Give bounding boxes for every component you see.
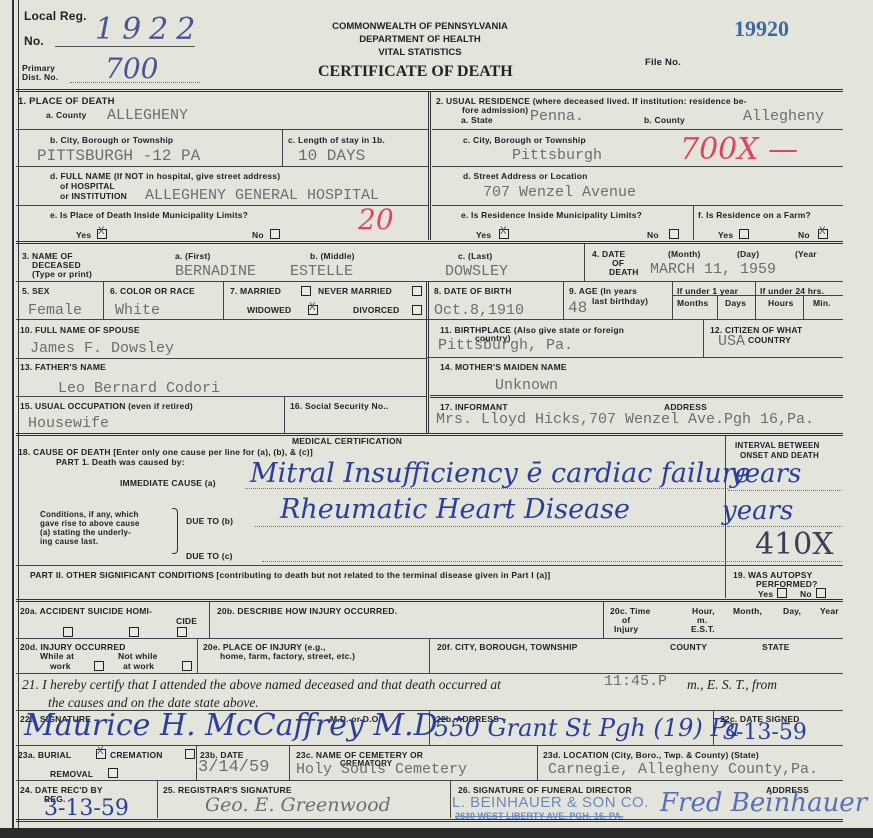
row-divider bbox=[432, 166, 843, 167]
row-divider bbox=[432, 129, 843, 130]
medical-cert-title: MEDICAL CERTIFICATION bbox=[292, 436, 402, 446]
col-divider bbox=[426, 319, 429, 434]
dod-year-label: (Year bbox=[795, 249, 817, 259]
manner-label-2: CIDE bbox=[176, 616, 197, 626]
file-no-label: File No. bbox=[645, 58, 681, 68]
married-checkbox[interactable] bbox=[301, 286, 311, 296]
last-name-label: c. (Last) bbox=[458, 251, 492, 261]
part2-label: PART II. OTHER SIGNIFICANT CONDITIONS [c… bbox=[30, 570, 550, 580]
dod-day-label: (Day) bbox=[737, 249, 759, 259]
col-divider bbox=[209, 601, 210, 639]
row-divider bbox=[432, 205, 843, 206]
bottom-divider bbox=[16, 819, 843, 822]
pod-city-label: b. City, Borough or Township bbox=[50, 135, 173, 145]
physician-signature: Maurice H. McCaffrey M.D bbox=[24, 708, 438, 743]
age-value: 48 bbox=[568, 300, 587, 316]
injury-city-label: 20f. CITY, BOROUGH, TOWNSHIP bbox=[437, 642, 578, 652]
sex-value: Female bbox=[28, 303, 82, 319]
months-label: Months bbox=[677, 298, 708, 308]
pod-city-value: PITTSBURGH -12 PA bbox=[37, 148, 200, 164]
day-label: Day, bbox=[783, 606, 801, 616]
mother-label: 14. MOTHER'S MAIDEN NAME bbox=[440, 362, 567, 372]
hospital-label-1: d. FULL NAME (If NOT in hospital, give s… bbox=[50, 171, 280, 181]
dod-label-3: DEATH bbox=[609, 267, 639, 277]
interval-red-code: 410X bbox=[755, 527, 834, 562]
col-divider bbox=[282, 129, 283, 166]
spouse-value: James F. Dowsley bbox=[30, 341, 174, 357]
hours-label: Hours bbox=[768, 298, 794, 308]
res-state-label: a. State bbox=[461, 115, 493, 125]
res-no-label: No bbox=[647, 230, 659, 240]
age-label-1: 9. AGE (In years bbox=[569, 286, 637, 296]
primary-dist-label-2: Dist. No. bbox=[22, 72, 58, 82]
death-time-value: 11:45.P bbox=[604, 674, 667, 690]
sex-label: 5. SEX bbox=[22, 286, 50, 296]
col-divider bbox=[197, 638, 198, 673]
res-street-value: 707 Wenzel Avenue bbox=[483, 185, 636, 201]
middle-name-value: ESTELLE bbox=[290, 264, 353, 280]
col-divider bbox=[429, 638, 430, 673]
row-divider bbox=[426, 357, 843, 358]
divorced-checkbox[interactable] bbox=[412, 305, 422, 315]
mother-value: Unknown bbox=[495, 378, 558, 394]
injury-county-label: COUNTY bbox=[670, 642, 707, 652]
local-reg-label: Local Reg. bbox=[24, 10, 87, 23]
immediate-cause-label: IMMEDIATE CAUSE (a) bbox=[120, 478, 216, 488]
registrar-signature: Geo. E. Greenwood bbox=[205, 794, 391, 816]
dob-label: 8. DATE OF BIRTH bbox=[434, 286, 512, 296]
never-married-checkbox[interactable] bbox=[412, 286, 422, 296]
pod-county-value: ALLEGHENY bbox=[107, 108, 188, 124]
res-red-code: 700X — bbox=[680, 132, 798, 167]
while-at-label-2: work bbox=[50, 661, 71, 671]
primary-dist-value: 700 bbox=[105, 52, 158, 85]
cemetery-value: Holy Souls Cemetery bbox=[296, 762, 467, 778]
row-divider bbox=[16, 319, 843, 320]
farm-no-label: No bbox=[798, 230, 810, 240]
row-divider bbox=[16, 780, 843, 781]
res-inside-no-checkbox[interactable] bbox=[669, 229, 679, 239]
informant-value: Mrs. Lloyd Hicks,707 Wenzel Ave.Pgh 16,P… bbox=[436, 412, 814, 428]
occupation-label: 15. USUAL OCCUPATION (even if retired) bbox=[20, 401, 193, 411]
manner-label: 20a. ACCIDENT SUICIDE HOMI- bbox=[20, 606, 152, 616]
autopsy-no-label: No bbox=[800, 589, 812, 599]
agency-line-1: COMMONWEALTH OF PENNSYLVANIA bbox=[300, 21, 540, 32]
describe-injury-label: 20b. DESCRIBE HOW INJURY OCCURRED. bbox=[217, 606, 397, 616]
suicide-checkbox[interactable] bbox=[129, 627, 139, 637]
accident-checkbox[interactable] bbox=[63, 627, 73, 637]
last-name-value: DOWSLEY bbox=[445, 264, 508, 280]
local-reg-value: 1922 bbox=[95, 12, 203, 47]
middle-name-label: b. (Middle) bbox=[310, 251, 355, 261]
due-to-b-line bbox=[255, 526, 730, 527]
res-yes-label: Yes bbox=[476, 230, 491, 240]
spouse-label: 10. FULL NAME OF SPOUSE bbox=[20, 325, 140, 335]
min-label: Min. bbox=[813, 298, 831, 308]
cremation-checkbox[interactable] bbox=[185, 749, 195, 759]
not-while-label-1: Not while bbox=[118, 651, 158, 661]
col-divider bbox=[450, 780, 451, 818]
citizen-value: USA bbox=[718, 334, 745, 350]
col-divider bbox=[693, 205, 694, 240]
removal-label: REMOVAL bbox=[50, 769, 93, 779]
col-divider bbox=[713, 710, 714, 745]
section-divider-4 bbox=[16, 599, 843, 602]
location-value: Carnegie, Allegheny County,Pa. bbox=[548, 762, 818, 778]
agency-line-2: DEPARTMENT OF HEALTH bbox=[300, 34, 540, 45]
col-divider bbox=[537, 745, 538, 780]
pod-inside-no-checkbox[interactable] bbox=[270, 229, 280, 239]
col-divider bbox=[429, 710, 430, 745]
col-divider bbox=[157, 780, 158, 818]
file-no-value: 19920 bbox=[734, 16, 789, 42]
married-label: 7. MARRIED bbox=[230, 286, 281, 296]
col-divider bbox=[223, 281, 224, 319]
row-divider bbox=[16, 129, 428, 130]
funeral-stamp-name: L. BEINHAUER & SON CO. bbox=[452, 794, 649, 811]
birthplace-label-1: 11. BIRTHPLACE (Also give state or forei… bbox=[440, 325, 624, 335]
conditions-brace bbox=[172, 508, 178, 554]
occupation-value: Housewife bbox=[28, 416, 109, 432]
dob-value: Oct.8,1910 bbox=[434, 303, 524, 319]
pod-yes-label: Yes bbox=[76, 230, 91, 240]
autopsy-yes-label: Yes bbox=[758, 589, 773, 599]
age-label-2: last birthday) bbox=[592, 296, 648, 306]
left-border bbox=[12, 0, 19, 828]
immediate-cause-value: Mitral Insufficiency ē cardiac failure bbox=[250, 458, 751, 489]
autopsy-no-checkbox[interactable] bbox=[816, 588, 826, 598]
year-label: Year bbox=[820, 606, 839, 616]
farm-no-checkbox[interactable] bbox=[818, 229, 828, 239]
col-divider bbox=[755, 281, 756, 319]
col-divider bbox=[803, 295, 804, 319]
disposition-date-value: 3/14/59 bbox=[198, 760, 269, 776]
res-county-value: Allegheny bbox=[743, 109, 824, 125]
col-divider bbox=[563, 281, 564, 319]
interval-a-line bbox=[728, 490, 842, 491]
due-to-c-label: DUE TO (c) bbox=[186, 551, 233, 561]
dod-value: MARCH 11, 1959 bbox=[650, 262, 776, 278]
res-city-value: Pittsburgh bbox=[512, 148, 602, 164]
hour-label-3: E.S.T. bbox=[691, 624, 715, 634]
pod-red-code: 20 bbox=[358, 203, 394, 236]
col-divider bbox=[289, 745, 290, 780]
certificate-title: CERTIFICATE OF DEATH bbox=[318, 63, 513, 81]
res-street-label: d. Street Address or Location bbox=[463, 171, 588, 181]
section-divider-3 bbox=[16, 433, 843, 436]
due-to-b-value: Rheumatic Heart Disease bbox=[280, 494, 630, 525]
father-label: 13. FATHER'S NAME bbox=[20, 362, 106, 372]
col-divider bbox=[603, 601, 604, 639]
col-divider bbox=[584, 244, 585, 281]
divorced-label: DIVORCED bbox=[353, 305, 399, 315]
col-divider bbox=[103, 281, 104, 319]
while-at-work-checkbox[interactable] bbox=[94, 661, 104, 671]
due-to-b-label: DUE TO (b) bbox=[186, 516, 233, 526]
first-name-label: a. (First) bbox=[175, 251, 211, 261]
interval-label-1: INTERVAL BETWEEN bbox=[735, 441, 820, 451]
pod-inside-limits-label: e. Is Place of Death Inside Municipality… bbox=[50, 210, 248, 220]
res-inside-limits-label: e. Is Residence Inside Municipality Limi… bbox=[461, 210, 642, 220]
hospital-value: ALLEGHENY GENERAL HOSPITAL bbox=[145, 188, 379, 204]
physician-address-value: 550 Grant St Pgh (19) Pa bbox=[434, 714, 740, 742]
col-divider bbox=[703, 319, 704, 358]
stay-label: c. Length of stay in 1b. bbox=[288, 135, 385, 145]
month-label: Month, bbox=[733, 606, 762, 616]
dod-month-label: (Month) bbox=[668, 249, 701, 259]
row-divider bbox=[16, 358, 426, 359]
col-divider bbox=[284, 396, 285, 434]
res-county-label: b. County bbox=[644, 115, 685, 125]
agency-line-3: VITAL STATISTICS bbox=[300, 47, 540, 58]
local-reg-no-label: No. bbox=[24, 35, 44, 48]
not-while-label-2: at work bbox=[123, 661, 154, 671]
time-label-3: Injury bbox=[614, 624, 638, 634]
part1-label: PART 1. Death was caused by: bbox=[56, 457, 185, 467]
col-divider bbox=[426, 281, 429, 319]
stay-value: 10 DAYS bbox=[298, 148, 365, 164]
interval-a-value: years bbox=[730, 459, 801, 489]
burial-label: 23a. BURIAL bbox=[18, 750, 71, 760]
conditions-text-4: ing cause last. bbox=[40, 537, 98, 547]
row-divider bbox=[16, 166, 428, 167]
race-label: 6. COLOR OR RACE bbox=[110, 286, 195, 296]
farm-yes-label: Yes bbox=[718, 230, 733, 240]
cremation-label: CREMATION bbox=[110, 750, 163, 760]
while-at-label-1: While at bbox=[40, 651, 74, 661]
res-state-value: Penna. bbox=[530, 109, 584, 125]
widowed-label: WIDOWED bbox=[247, 305, 291, 315]
certify-statement-2: m., E. S. T., from bbox=[687, 677, 777, 693]
section-divider-2 bbox=[16, 241, 843, 244]
place-of-death-label: 1. PLACE OF DEATH bbox=[18, 97, 115, 107]
days-label: Days bbox=[725, 298, 746, 308]
hospital-label-2: of HOSPITAL bbox=[60, 181, 115, 191]
scan-edge bbox=[0, 828, 873, 838]
res-farm-label: f. Is Residence on a Farm? bbox=[698, 210, 811, 220]
ssn-label: 16. Social Security No.. bbox=[290, 401, 388, 411]
hospital-label-3: or INSTITUTION bbox=[60, 191, 127, 201]
name-label-3: (Type or print) bbox=[32, 269, 92, 279]
farm-yes-checkbox[interactable] bbox=[739, 229, 749, 239]
col-divider bbox=[196, 745, 197, 780]
cause-label: 18. CAUSE OF DEATH [Enter only one cause… bbox=[18, 447, 313, 457]
pod-inside-yes-checkbox[interactable] bbox=[97, 229, 107, 239]
under-24-label: If under 24 hrs. bbox=[760, 286, 824, 296]
father-value: Leo Bernard Codori bbox=[58, 381, 220, 397]
removal-checkbox[interactable] bbox=[108, 768, 118, 778]
row-divider bbox=[16, 673, 843, 674]
row-divider bbox=[16, 281, 843, 282]
col-divider bbox=[672, 281, 673, 319]
section-divider bbox=[428, 92, 431, 240]
certify-statement-1: 21. I hereby certify that I attended the… bbox=[22, 677, 501, 693]
not-while-at-work-checkbox[interactable] bbox=[182, 661, 192, 671]
place-of-injury-label-2: home, farm, factory, street, etc.) bbox=[220, 651, 355, 661]
res-city-label: c. City, Borough or Township bbox=[463, 135, 586, 145]
homicide-checkbox[interactable] bbox=[177, 627, 187, 637]
burial-checkbox[interactable] bbox=[96, 749, 106, 759]
first-name-value: BERNADINE bbox=[175, 264, 256, 280]
autopsy-yes-checkbox[interactable] bbox=[777, 588, 787, 598]
date-signed-value: 3-13-59 bbox=[722, 720, 807, 745]
row-divider bbox=[430, 395, 843, 398]
death-certificate: Local Reg. No. 1922 Primary Dist. No. 70… bbox=[0, 0, 873, 838]
birthplace-value: Pittsburgh, Pa. bbox=[438, 338, 573, 354]
pod-no-label: No bbox=[252, 230, 264, 240]
res-inside-yes-checkbox[interactable] bbox=[499, 229, 509, 239]
race-value: White bbox=[115, 303, 160, 319]
residence-label-2: fore admission) bbox=[462, 105, 528, 115]
widowed-checkbox[interactable] bbox=[308, 305, 318, 315]
injury-state-label: STATE bbox=[762, 642, 790, 652]
row-divider bbox=[16, 565, 843, 566]
date-recd-value: 3-13-59 bbox=[44, 796, 129, 821]
location-label: 23d. LOCATION (City, Boro., Twp. & Count… bbox=[543, 750, 759, 760]
pod-county-label: a. County bbox=[46, 110, 87, 120]
never-married-label: NEVER MARRIED bbox=[318, 286, 392, 296]
funeral-director-signature: Fred Beinhauer bbox=[660, 788, 867, 818]
col-divider bbox=[717, 295, 718, 319]
citizen-label-2: COUNTRY bbox=[748, 335, 791, 345]
row-divider bbox=[16, 745, 843, 746]
row-divider bbox=[16, 396, 426, 397]
interval-b-value: years bbox=[722, 496, 793, 526]
